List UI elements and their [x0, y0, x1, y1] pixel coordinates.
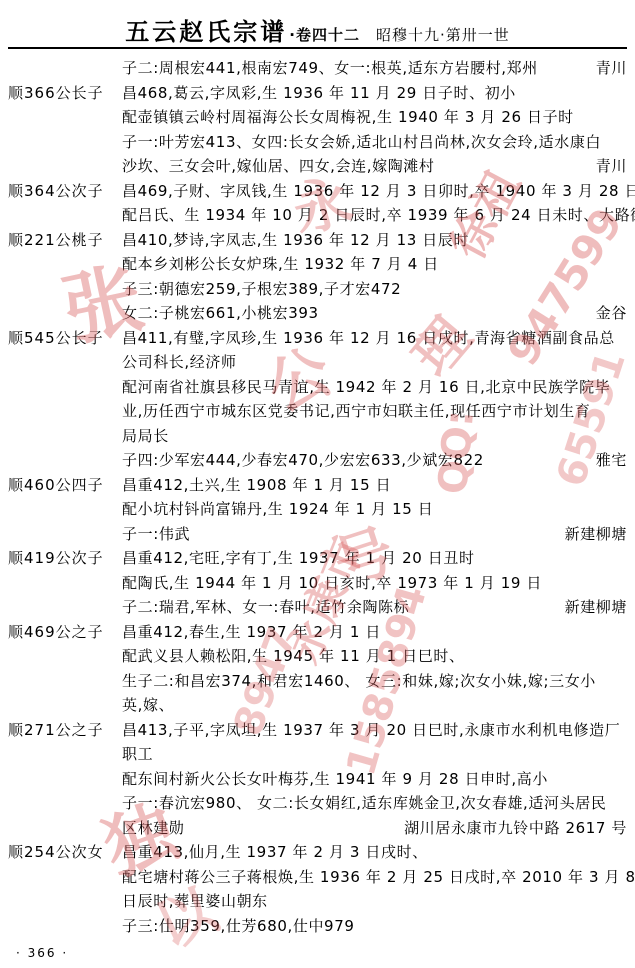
lineage-label [8, 669, 122, 694]
lineage-label [8, 693, 122, 718]
genealogy-row: 配壶镇镇云岭村周福海公长女周梅祝,生 1940 年 3 月 26 日子时 [8, 105, 627, 130]
page-header: 五云赵氏宗谱·卷四十二昭穆十九·第卅一世 [0, 12, 635, 47]
entry-text: 昌413,子平,字凤坦,生 1937 年 3 月 20 日巳时,永康市水利机电修… [122, 718, 620, 743]
place-note: 青川 [596, 56, 627, 81]
lineage-label: 顺271公之子 [8, 718, 122, 743]
place-note: 雅宅 [596, 448, 627, 473]
lineage-label: 顺419公次子 [8, 546, 122, 571]
place-note: 大路街 [599, 203, 635, 228]
entry-text: 配河南省社旗县移民马青谊,生 1942 年 2 月 16 日,北京中民族学院毕 [122, 375, 610, 400]
entry-text: 生子二:和昌宏374,和君宏1460、 女三:和妹,嫁;次女小妹,嫁;三女小 [122, 669, 596, 694]
page-number: · 366 · [16, 946, 68, 960]
entry-text: 昌410,梦诗,字凤志,生 1936 年 12 月 13 日辰时 [122, 228, 469, 253]
lineage-label [8, 865, 122, 890]
genealogy-row: 配陶氏,生 1944 年 1 月 10 日亥时,卒 1973 年 1 月 19 … [8, 571, 627, 596]
header-divider [8, 47, 627, 49]
entry-text: 配东间村新火公长女叶梅芬,生 1941 年 9 月 28 日申时,高小 [122, 767, 548, 792]
lineage-label: 顺254公次女 [8, 840, 122, 865]
genealogy-row: 英,嫁、 [8, 693, 627, 718]
place-note: 青川 [596, 154, 627, 179]
entry-text: 昌重412,土兴,生 1908 年 1 月 15 日 [122, 473, 391, 498]
entry-text: 日辰时,葬里婆山朝东 [122, 889, 268, 914]
genealogy-row: 业,历任西宁市城东区党委书记,西宁市妇联主任,现任西宁市计划生育 [8, 399, 627, 424]
place-note: 金谷 [596, 301, 627, 326]
entry-text: 昌重413,仙月,生 1937 年 2 月 3 日戌时、 [122, 840, 428, 865]
lineage-label [8, 522, 122, 547]
entry-text: 子一:伟武 [122, 522, 190, 547]
genealogy-row: 区林建勋 湖川居永康市九铃中路 2617 号 [8, 816, 627, 841]
lineage-label [8, 644, 122, 669]
genealogy-page: 五云赵氏宗谱·卷四十二昭穆十九·第卅一世 子二:周根宏441,根南宏749、女一… [0, 0, 635, 968]
entry-text: 配陶氏,生 1944 年 1 月 10 日亥时,卒 1973 年 1 月 19 … [122, 571, 542, 596]
entry-text: 子三:朝德宏259,子根宏389,子才宏472 [122, 277, 401, 302]
genealogy-row: 子二:周根宏441,根南宏749、女一:根英,适东方岩腰村,郑州 青川 [8, 56, 627, 81]
entry-text: 昌411,有璧,字凤珍,生 1936 年 12 月 16 日戌时,青海省糖酒副食… [122, 326, 615, 351]
lineage-label [8, 448, 122, 473]
entry-text: 公司科长,经济师 [122, 350, 237, 375]
entry-text: 配小坑村钭尚富锦丹,生 1924 年 1 月 15 日 [122, 497, 433, 522]
lineage-label: 顺545公长子 [8, 326, 122, 351]
lineage-label [8, 252, 122, 277]
book-title: 五云赵氏宗谱 [125, 18, 287, 46]
genealogy-body: 子二:周根宏441,根南宏749、女一:根英,适东方岩腰村,郑州 青川 顺366… [8, 56, 627, 938]
entry-text: 女二:子桃宏661,小桃宏393 [122, 301, 319, 326]
genealogy-row: 日辰时,葬里婆山朝东 [8, 889, 627, 914]
entry-text: 子一:叶芳宏413、女四:长女会娇,适北山村吕尚林,次女会玲,适水康白 [122, 130, 601, 155]
genealogy-row: 顺366公长子 昌468,葛云,字凤彩,生 1936 年 11 月 29 日子时… [8, 81, 627, 106]
lineage-label [8, 350, 122, 375]
lineage-label [8, 595, 122, 620]
genealogy-row: 子三:仕明359,仕芳680,仕中979 [8, 914, 627, 939]
entry-text: 子二:周根宏441,根南宏749、女一:根英,适东方岩腰村,郑州 [122, 56, 538, 81]
lineage-label [8, 742, 122, 767]
genealogy-row: 子一:春沆宏980、 女二:长女娟红,适东库姚金卫,次女春雄,适河头居民 [8, 791, 627, 816]
genealogy-row: 顺545公长子 昌411,有璧,字凤珍,生 1936 年 12 月 16 日戌时… [8, 326, 627, 351]
genealogy-row: 沙坎、三女会叶,嫁仙居、四女,会连,嫁陶滩村 青川 [8, 154, 627, 179]
genealogy-row: 职工 [8, 742, 627, 767]
entry-text: 业,历任西宁市城东区党委书记,西宁市妇联主任,现任西宁市计划生育 [122, 399, 591, 424]
entry-text: 配宅塘村蒋公三子蒋根焕,生 1936 年 2 月 25 日戌时,卒 2010 年… [122, 865, 635, 890]
lineage-label [8, 889, 122, 914]
lineage-label: 顺469公之子 [8, 620, 122, 645]
genealogy-row: 配小坑村钭尚富锦丹,生 1924 年 1 月 15 日 [8, 497, 627, 522]
place-note: 湖川居永康市九铃中路 2617 号 [404, 816, 627, 841]
entry-text: 英,嫁、 [122, 693, 174, 718]
lineage-label: 顺460公四子 [8, 473, 122, 498]
lineage-label [8, 56, 122, 81]
entry-text: 子三:仕明359,仕芳680,仕中979 [122, 914, 354, 939]
genealogy-row: 子四:少军宏444,少春宏470,少宏宏633,少斌宏822 雅宅 [8, 448, 627, 473]
lineage-label [8, 277, 122, 302]
entry-text: 子四:少军宏444,少春宏470,少宏宏633,少斌宏822 [122, 448, 484, 473]
place-note: 新建柳塘 [565, 522, 627, 547]
genealogy-row: 顺469公之子 昌重412,春生,生 1937 年 2 月 1 日 [8, 620, 627, 645]
genealogy-row: 顺460公四子 昌重412,土兴,生 1908 年 1 月 15 日 [8, 473, 627, 498]
lineage-label [8, 105, 122, 130]
lineage-label [8, 791, 122, 816]
lineage-label: 顺364公次子 [8, 179, 122, 204]
lineage-label [8, 154, 122, 179]
genealogy-row: 顺221公桃子 昌410,梦诗,字凤志,生 1936 年 12 月 13 日辰时 [8, 228, 627, 253]
entry-text: 配武义县人赖松阳,生 1945 年 11 月 1 日巳时、 [122, 644, 465, 669]
entry-text: 昌468,葛云,字凤彩,生 1936 年 11 月 29 日子时、初小 [122, 81, 516, 106]
genealogy-row: 配东间村新火公长女叶梅芬,生 1941 年 9 月 28 日申时,高小 [8, 767, 627, 792]
genealogy-row: 配本乡刘彬公长女炉珠,生 1932 年 7 月 4 日 [8, 252, 627, 277]
entry-text: 昌重412,春生,生 1937 年 2 月 1 日 [122, 620, 381, 645]
volume-label: ·卷四十二 [289, 26, 360, 44]
genealogy-row: 女二:子桃宏661,小桃宏393 金谷 [8, 301, 627, 326]
lineage-label [8, 203, 122, 228]
entry-text: 配壶镇镇云岭村周福海公长女周梅祝,生 1940 年 3 月 26 日子时 [122, 105, 574, 130]
entry-text: 配本乡刘彬公长女炉珠,生 1932 年 7 月 4 日 [122, 252, 439, 277]
entry-text: 沙坎、三女会叶,嫁仙居、四女,会连,嫁陶滩村 [122, 154, 435, 179]
genealogy-row: 配河南省社旗县移民马青谊,生 1942 年 2 月 16 日,北京中民族学院毕 [8, 375, 627, 400]
lineage-label: 顺221公桃子 [8, 228, 122, 253]
lineage-label [8, 301, 122, 326]
genealogy-row: 子二:瑞君,军林、女一:春叶,适竹余陶陈标 新建柳塘 [8, 595, 627, 620]
lineage-label [8, 424, 122, 449]
generation-subtitle: 昭穆十九·第卅一世 [376, 26, 510, 44]
genealogy-row: 配宅塘村蒋公三子蒋根焕,生 1936 年 2 月 25 日戌时,卒 2010 年… [8, 865, 627, 890]
lineage-label [8, 375, 122, 400]
entry-text: 局局长 [122, 424, 169, 449]
lineage-label [8, 816, 122, 841]
genealogy-row: 局局长 [8, 424, 627, 449]
genealogy-row: 子三:朝德宏259,子根宏389,子才宏472 [8, 277, 627, 302]
lineage-label [8, 497, 122, 522]
genealogy-row: 子一:叶芳宏413、女四:长女会娇,适北山村吕尚林,次女会玲,适水康白 [8, 130, 627, 155]
genealogy-row: 顺419公次子 昌重412,宅旺,字有丁,生 1937 年 1 月 20 日丑时 [8, 546, 627, 571]
lineage-label [8, 130, 122, 155]
entry-text: 昌重412,宅旺,字有丁,生 1937 年 1 月 20 日丑时 [122, 546, 475, 571]
genealogy-row: 子一:伟武 新建柳塘 [8, 522, 627, 547]
genealogy-row: 配吕氏、生 1934 年 10 月 2 日辰时,卒 1939 年 6 月 24 … [8, 203, 627, 228]
lineage-label [8, 914, 122, 939]
genealogy-row: 生子二:和昌宏374,和君宏1460、 女三:和妹,嫁;次女小妹,嫁;三女小 [8, 669, 627, 694]
entry-text: 昌469,子财、字凤钱,生 1936 年 12 月 3 日卯时,卒 1940 年… [122, 179, 635, 204]
lineage-label: 顺366公长子 [8, 81, 122, 106]
place-note: 新建柳塘 [565, 595, 627, 620]
entry-text: 配吕氏、生 1934 年 10 月 2 日辰时,卒 1939 年 6 月 24 … [122, 203, 599, 228]
lineage-label [8, 571, 122, 596]
lineage-label [8, 399, 122, 424]
genealogy-row: 顺271公之子 昌413,子平,字凤坦,生 1937 年 3 月 20 日巳时,… [8, 718, 627, 743]
entry-text: 子一:春沆宏980、 女二:长女娟红,适东库姚金卫,次女春雄,适河头居民 [122, 791, 606, 816]
lineage-label [8, 767, 122, 792]
entry-text: 区林建勋 [122, 816, 184, 841]
genealogy-row: 顺254公次女 昌重413,仙月,生 1937 年 2 月 3 日戌时、 [8, 840, 627, 865]
entry-text: 职工 [122, 742, 153, 767]
genealogy-row: 顺364公次子 昌469,子财、字凤钱,生 1936 年 12 月 3 日卯时,… [8, 179, 627, 204]
genealogy-row: 公司科长,经济师 [8, 350, 627, 375]
genealogy-row: 配武义县人赖松阳,生 1945 年 11 月 1 日巳时、 [8, 644, 627, 669]
entry-text: 子二:瑞君,军林、女一:春叶,适竹余陶陈标 [122, 595, 409, 620]
